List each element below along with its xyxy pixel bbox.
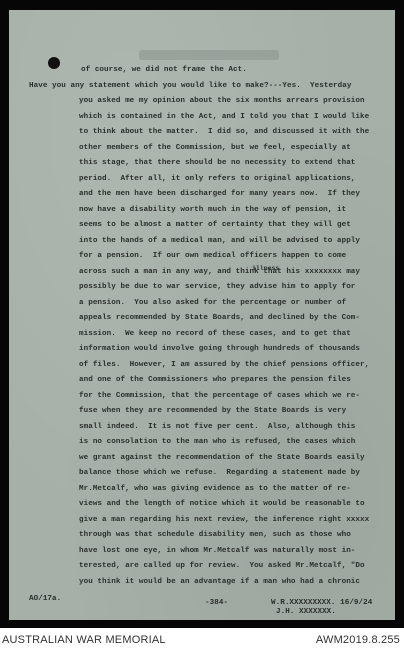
text-line: into the hands of a medical man, and wil… — [79, 237, 360, 245]
text-line: which is contained in the Act, and I tol… — [79, 113, 369, 121]
text-line: terested, are called up for review. You … — [79, 562, 365, 570]
text-line: period. After all, it only refers to ori… — [79, 175, 355, 183]
text-line: give a man regarding his next review, th… — [79, 516, 369, 524]
handwritten-correction: illness — [252, 265, 279, 272]
text-line: seems to be almost a matter of certainty… — [79, 221, 351, 229]
text-line: to think about the matter. I did so, and… — [79, 128, 369, 136]
struck-initials: W.R.XXXXXXXXX. — [271, 599, 336, 607]
text-line: across such a man in any way, and think … — [79, 268, 360, 276]
text-line: this stage, that there should be no nece… — [79, 159, 355, 167]
page-number: -384- — [205, 599, 228, 607]
text-line: for the Commission, that the percentage … — [79, 392, 360, 400]
text-line: mission. We keep no record of these case… — [79, 330, 351, 338]
text-line: you think it would be an advantage if a … — [79, 578, 360, 586]
text-line: now have a disability worth much in the … — [79, 206, 346, 214]
text-line: Have you any statement which you would l… — [29, 82, 352, 90]
text-line: have lost one eye, in whom Mr.Metcalf wa… — [79, 547, 355, 555]
text-line: views and the length of notice which it … — [79, 500, 365, 508]
text-line: of files. However, I am assured by the c… — [79, 361, 369, 369]
text-line: a pension. You also asked for the percen… — [79, 299, 346, 307]
footer-date: 16/9/24 — [340, 599, 372, 607]
paper-smudge — [139, 50, 279, 60]
institution-caption: AUSTRALIAN WAR MEMORIAL — [2, 634, 166, 646]
text-line: for a pension. If our own medical office… — [79, 252, 346, 260]
text-line: possibly be due to war service, they adv… — [79, 283, 355, 291]
text-line: and the men have been discharged for man… — [79, 190, 360, 198]
text-line: small indeed. It is not five per cent. A… — [79, 423, 355, 431]
text-line: balance those which we refuse. Regarding… — [79, 469, 360, 477]
text-line: we grant against the recommendation of t… — [79, 454, 365, 462]
text-line: appeals recommended by State Boards, and… — [79, 314, 360, 322]
text-line: Mr.Metcalf, who was giving evidence as t… — [79, 485, 351, 493]
text-line: you asked me my opinion about the six mo… — [79, 97, 365, 105]
footer-reference: AO/17a. — [29, 595, 61, 603]
text-line: and one of the Commissioners who prepare… — [79, 376, 351, 384]
text-line: through was that schedule disability men… — [79, 531, 351, 539]
scan-frame: of course, we did not frame the Act.Have… — [0, 0, 404, 628]
typist-initials: J.H. XXXXXXX. — [276, 608, 336, 616]
footer-initials: W.R.XXXXXXXXX. 16/9/24 — [271, 599, 372, 607]
document-page: of course, we did not frame the Act.Have… — [9, 10, 395, 620]
text-line: of course, we did not frame the Act. — [81, 66, 247, 74]
text-line: information would involve going through … — [79, 345, 360, 353]
accession-number: AWM2019.8.255 — [316, 634, 400, 646]
punch-hole — [48, 57, 60, 69]
text-line: fuse when they are recommended by the St… — [79, 407, 346, 415]
text-line: other members of the Commission, but we … — [79, 144, 351, 152]
text-line: is no consolation to the man who is refu… — [79, 438, 355, 446]
